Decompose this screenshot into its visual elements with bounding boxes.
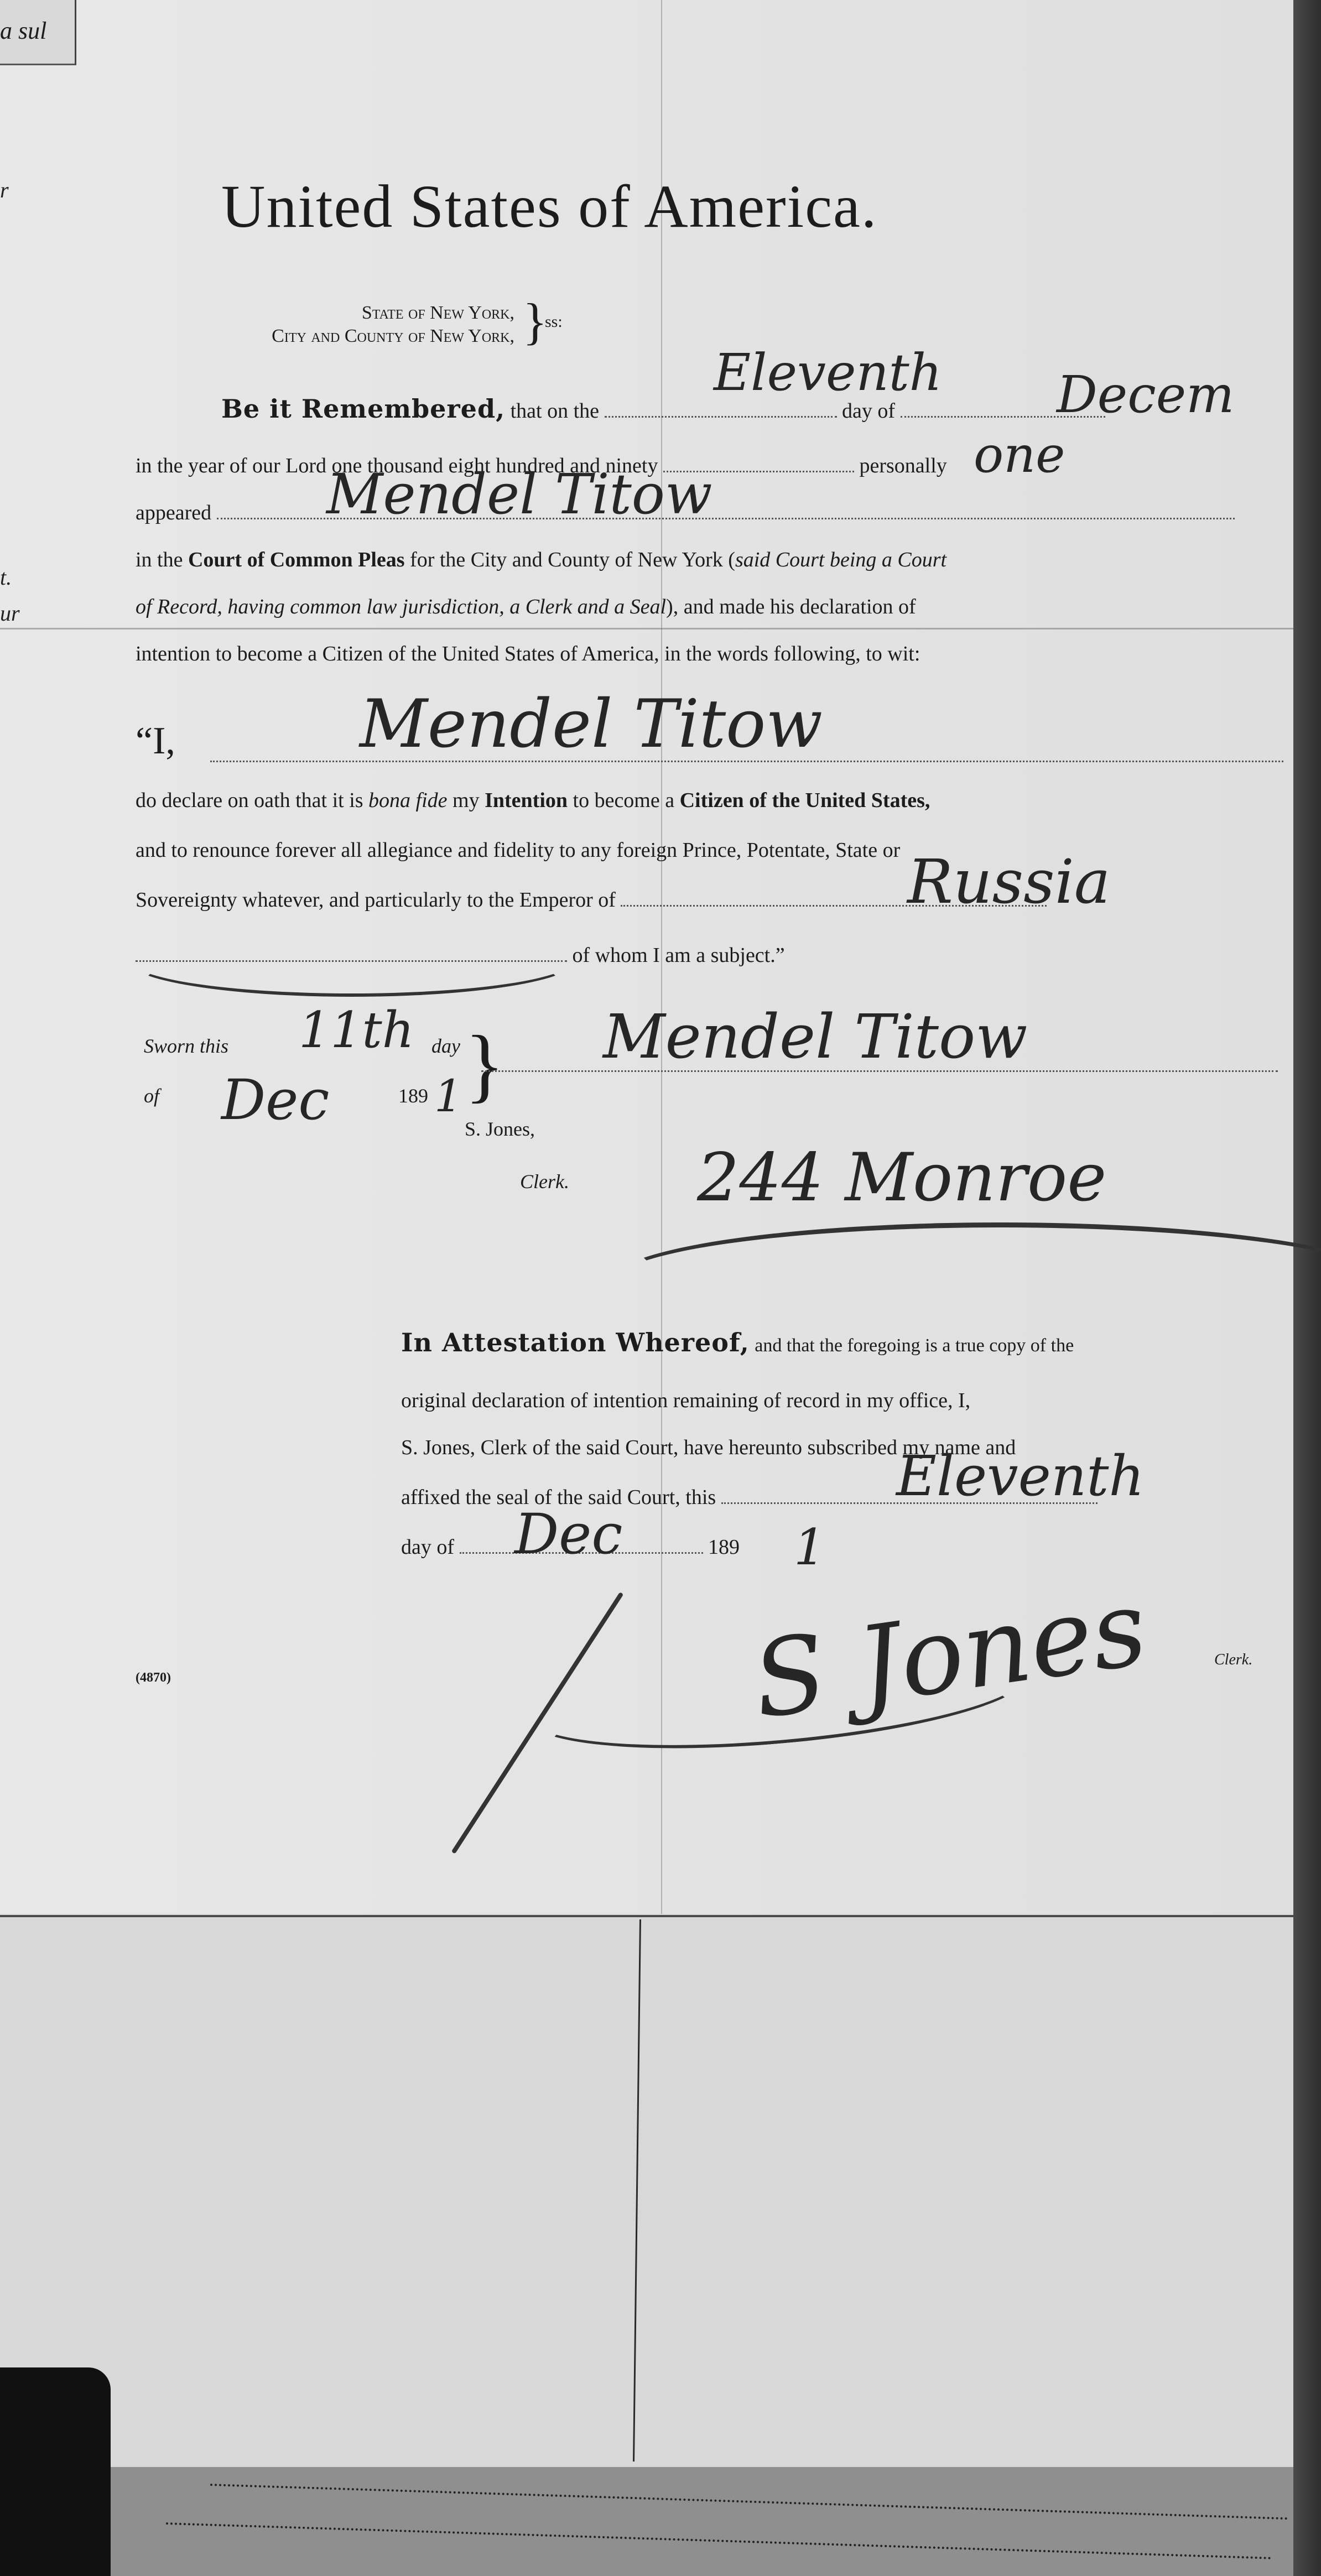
handwritten-declarant-name: Mendel Titow <box>360 686 823 763</box>
venue-ss: ss: <box>545 313 563 331</box>
brace: } <box>465 1023 505 1106</box>
handwritten-country: Russia <box>907 846 1110 917</box>
static-text: my <box>453 789 480 812</box>
horizontal-crease <box>0 628 1297 629</box>
static-text: day of <box>401 1536 454 1559</box>
corner-fragment: a sul <box>0 0 76 65</box>
handwritten-name: Mendel Titow <box>326 462 712 527</box>
clerk-suffix: Clerk. <box>1214 1651 1252 1669</box>
handwritten-attestation-year: 1 <box>794 1518 825 1576</box>
static-text: Intention <box>485 789 568 812</box>
static-text: that on the <box>511 399 599 423</box>
static-text: and to renounce forever all allegiance a… <box>136 839 900 862</box>
handwritten-year: one <box>974 426 1065 484</box>
handwritten-attestation-month: Dec <box>514 1502 622 1567</box>
static-text: ), and made his declaration of <box>666 595 916 618</box>
day-label: day <box>431 1034 460 1058</box>
handwritten-sworn-month: Dec <box>221 1068 329 1132</box>
bottom-strip <box>0 2467 1297 2576</box>
static-text: Citizen of the United States, <box>680 789 930 812</box>
static-text: personally <box>859 454 946 477</box>
ink-flourish <box>127 924 576 997</box>
margin-fragment: t. <box>0 564 12 590</box>
handwritten-sworn-day: 11th <box>299 1001 414 1059</box>
static-text: for the City and County of New York ( <box>410 548 735 571</box>
static-text: in the <box>136 548 183 571</box>
lower-folded-panel <box>0 1914 1297 2467</box>
horizontal-fold-line <box>0 1915 1297 1917</box>
declarant-signature: Mendel Titow <box>603 1001 1027 1072</box>
declare-line: do declare on oath that it is bona fide … <box>136 788 1283 813</box>
static-text: day of <box>842 399 895 423</box>
renounce-line: and to renounce forever all allegiance a… <box>136 838 1283 862</box>
venue-block: State of New York, City and County of Ne… <box>183 301 514 348</box>
intention-line: intention to become a Citizen of the Uni… <box>136 642 1283 666</box>
court-line: in the Court of Common Pleas for the Cit… <box>136 548 1283 572</box>
static-text: to become a <box>573 789 675 812</box>
brace: } <box>523 296 547 347</box>
handwritten-address: 244 Monroe <box>697 1139 1106 1216</box>
quote-I: “I, <box>136 719 175 763</box>
form-number: (4870) <box>136 1671 171 1685</box>
handwritten-month: Decem <box>1057 365 1234 424</box>
handwritten-sworn-year: 1 <box>434 1070 462 1122</box>
year-prefix: 189 <box>398 1084 428 1107</box>
static-text: intention to become a Citizen of the Uni… <box>136 642 920 665</box>
margin-fragment: r <box>0 177 9 203</box>
venue-city-county: City and County of New York, <box>183 325 514 348</box>
year-prefix: 189 <box>708 1536 740 1559</box>
attestation-line-3: S. Jones, Clerk of the said Court, have … <box>401 1435 1286 1460</box>
day-field <box>605 416 837 418</box>
clerk-name: S. Jones, <box>465 1117 535 1141</box>
be-it-remembered: Be it Remembered, <box>221 394 505 424</box>
handwritten-attestation-day: Eleventh <box>896 1444 1145 1508</box>
attestation-heading: In Attestation Whereof, <box>401 1328 750 1357</box>
static-text: appeared <box>136 501 211 524</box>
static-text: do declare on oath that it is <box>136 789 363 812</box>
margin-fragment: ur <box>0 600 20 626</box>
court-name: Court of Common Pleas <box>188 548 405 571</box>
sovereignty-line: Sovereignty whatever, and particularly t… <box>136 888 1283 912</box>
static-text: original declaration of intention remain… <box>401 1389 970 1412</box>
attestation-line-1: In Attestation Whereof, and that the for… <box>401 1328 1286 1357</box>
sworn-this-label: Sworn this <box>144 1034 228 1058</box>
attestation-line-2: original declaration of intention remain… <box>401 1388 1286 1413</box>
static-text: of whom I am a subject.” <box>573 944 785 967</box>
static-text: of Record, having common law jurisdictio… <box>136 595 666 618</box>
handwritten-day: Eleventh <box>714 343 942 402</box>
clerk-title: Clerk. <box>520 1170 569 1193</box>
record-line: of Record, having common law jurisdictio… <box>136 595 1283 619</box>
document-title: United States of America. <box>221 171 877 242</box>
static-text: bona fide <box>368 789 447 812</box>
static-text: said Court being a Court <box>735 548 946 571</box>
of-label: of <box>144 1084 159 1107</box>
venue-state: State of New York, <box>183 301 514 325</box>
static-text: Sovereignty whatever, and particularly t… <box>136 888 616 912</box>
scan-shadow <box>0 2367 111 2576</box>
corner-text: a sul <box>0 17 46 45</box>
static-text: and that the foregoing is a true copy of… <box>755 1335 1074 1356</box>
